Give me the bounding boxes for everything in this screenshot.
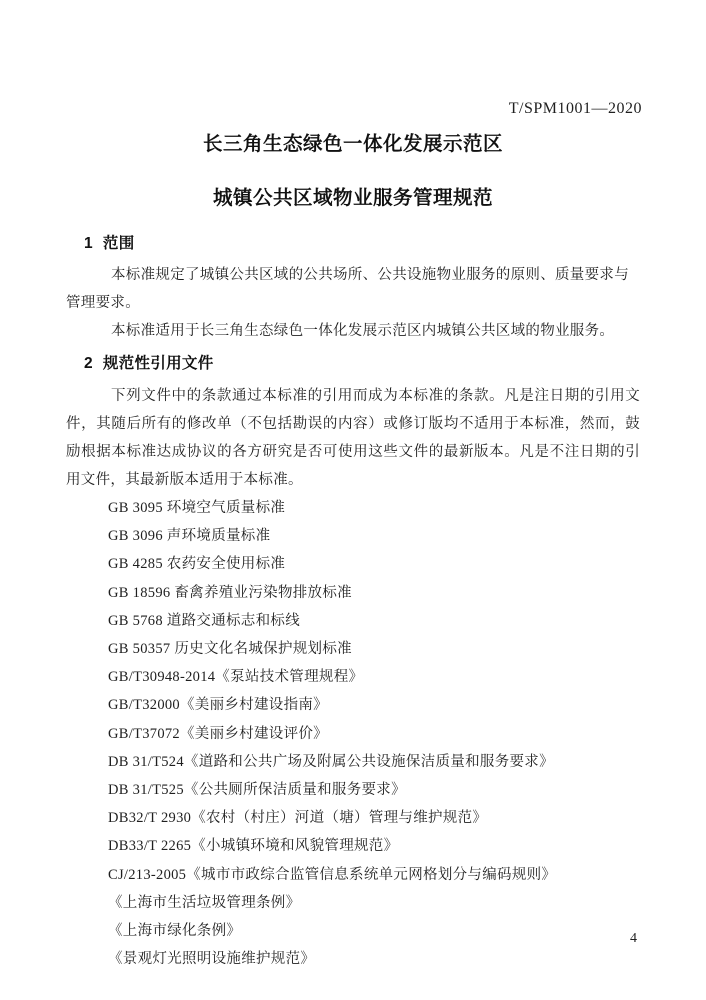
reference-item: GB 50357 历史文化名城保护规划标准 <box>108 635 640 663</box>
section-1-title: 范围 <box>103 235 135 252</box>
reference-item: DB33/T 2265《小城镇环境和风貌管理规范》 <box>108 832 640 860</box>
reference-item: CJ/213-2005《城市市政综合监管信息系统单元网格划分与编码规则》 <box>108 861 640 889</box>
reference-item: 《景观灯光照明设施维护规范》 <box>108 945 640 973</box>
reference-item: 《上海市绿化条例》 <box>108 917 640 945</box>
reference-item: GB/T30948-2014《泵站技术管理规程》 <box>108 663 640 691</box>
document-title-line2: 城镇公共区域物业服务管理规范 <box>0 185 706 211</box>
viewport: { "colors": { "background": "#ffffff", "… <box>0 0 706 1000</box>
section-1-paragraph-2: 本标准适用于长三角生态绿色一体化发展示范区内城镇公共区域的物业服务。 <box>66 317 640 345</box>
reference-item: GB 5768 道路交通标志和标线 <box>108 607 640 635</box>
reference-item: DB 31/T525《公共厕所保洁质量和服务要求》 <box>108 776 640 804</box>
reference-list: GB 3095 环境空气质量标准GB 3096 声环境质量标准GB 4285 农… <box>108 494 640 973</box>
section-2-number: 2 <box>84 353 93 375</box>
reference-item: GB/T32000《美丽乡村建设指南》 <box>108 691 640 719</box>
section-2-paragraph-1: 下列文件中的条款通过本标准的引用而成为本标准的条款。凡是注日期的引用文件，其随后… <box>66 382 640 494</box>
reference-item: DB32/T 2930《农村（村庄）河道（塘）管理与维护规范》 <box>108 804 640 832</box>
section-2-heading: 2规范性引用文件 <box>84 353 640 375</box>
document-body: 1范围 本标准规定了城镇公共区域的公共场所、公共设施物业服务的原则、质量要求与管… <box>66 229 640 973</box>
reference-item: GB/T37072《美丽乡村建设评价》 <box>108 720 640 748</box>
reference-item: GB 4285 农药安全使用标准 <box>108 550 640 578</box>
section-1-paragraph-1: 本标准规定了城镇公共区域的公共场所、公共设施物业服务的原则、质量要求与管理要求。 <box>66 261 640 317</box>
section-1-number: 1 <box>84 233 93 255</box>
section-2-title: 规范性引用文件 <box>103 355 214 372</box>
reference-item: GB 3096 声环境质量标准 <box>108 522 640 550</box>
page-number: 4 <box>630 930 637 948</box>
reference-item: 《上海市生活垃圾管理条例》 <box>108 889 640 917</box>
section-1-heading: 1范围 <box>84 233 640 255</box>
standard-code: T/SPM1001—2020 <box>509 99 642 119</box>
document-title-line1: 长三角生态绿色一体化发展示范区 <box>0 131 706 157</box>
document-page: T/SPM1001—2020 长三角生态绿色一体化发展示范区 城镇公共区域物业服… <box>0 0 706 1000</box>
reference-item: GB 3095 环境空气质量标准 <box>108 494 640 522</box>
reference-item: DB 31/T524《道路和公共广场及附属公共设施保洁质量和服务要求》 <box>108 748 640 776</box>
reference-item: GB 18596 畜禽养殖业污染物排放标准 <box>108 579 640 607</box>
